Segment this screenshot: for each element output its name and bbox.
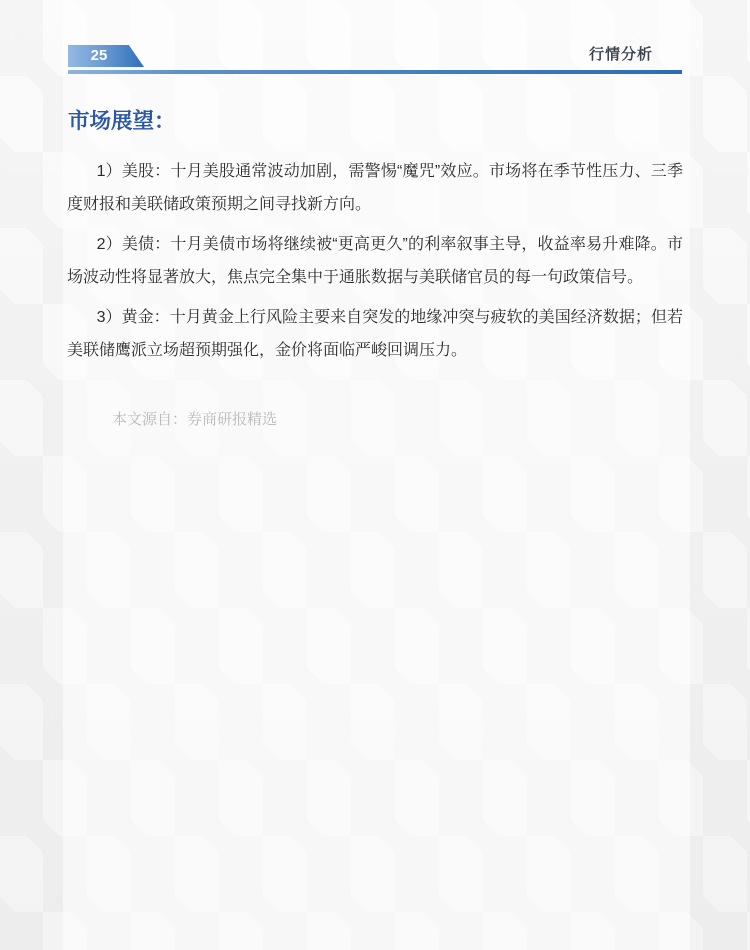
section-label: 行情分析 — [589, 46, 653, 63]
content-area: 市场展望： 1）美股：十月美股通常波动加剧，需警惕“魔咒”效应。市场将在季节性压… — [67, 106, 683, 432]
paragraph-gold: 3）黄金：十月黄金上行风险主要来自突发的地缘冲突与疲软的美国经济数据；但若美联储… — [67, 301, 683, 367]
source-note: 本文源自：券商研报精选 — [67, 408, 683, 432]
document-page: 25 行情分析 市场展望： 1）美股：十月美股通常波动加剧，需警惕“魔咒”效应。… — [0, 0, 750, 950]
paragraph-us-stocks: 1）美股：十月美股通常波动加剧，需警惕“魔咒”效应。市场将在季节性压力、三季度财… — [67, 155, 683, 221]
paragraph-us-bonds: 2）美债：十月美债市场将继续被“更高更久”的利率叙事主导，收益率易升难降。市场波… — [67, 228, 683, 294]
header-divider — [68, 70, 682, 74]
page-title: 市场展望： — [68, 106, 683, 136]
page-number: 25 — [68, 45, 130, 67]
